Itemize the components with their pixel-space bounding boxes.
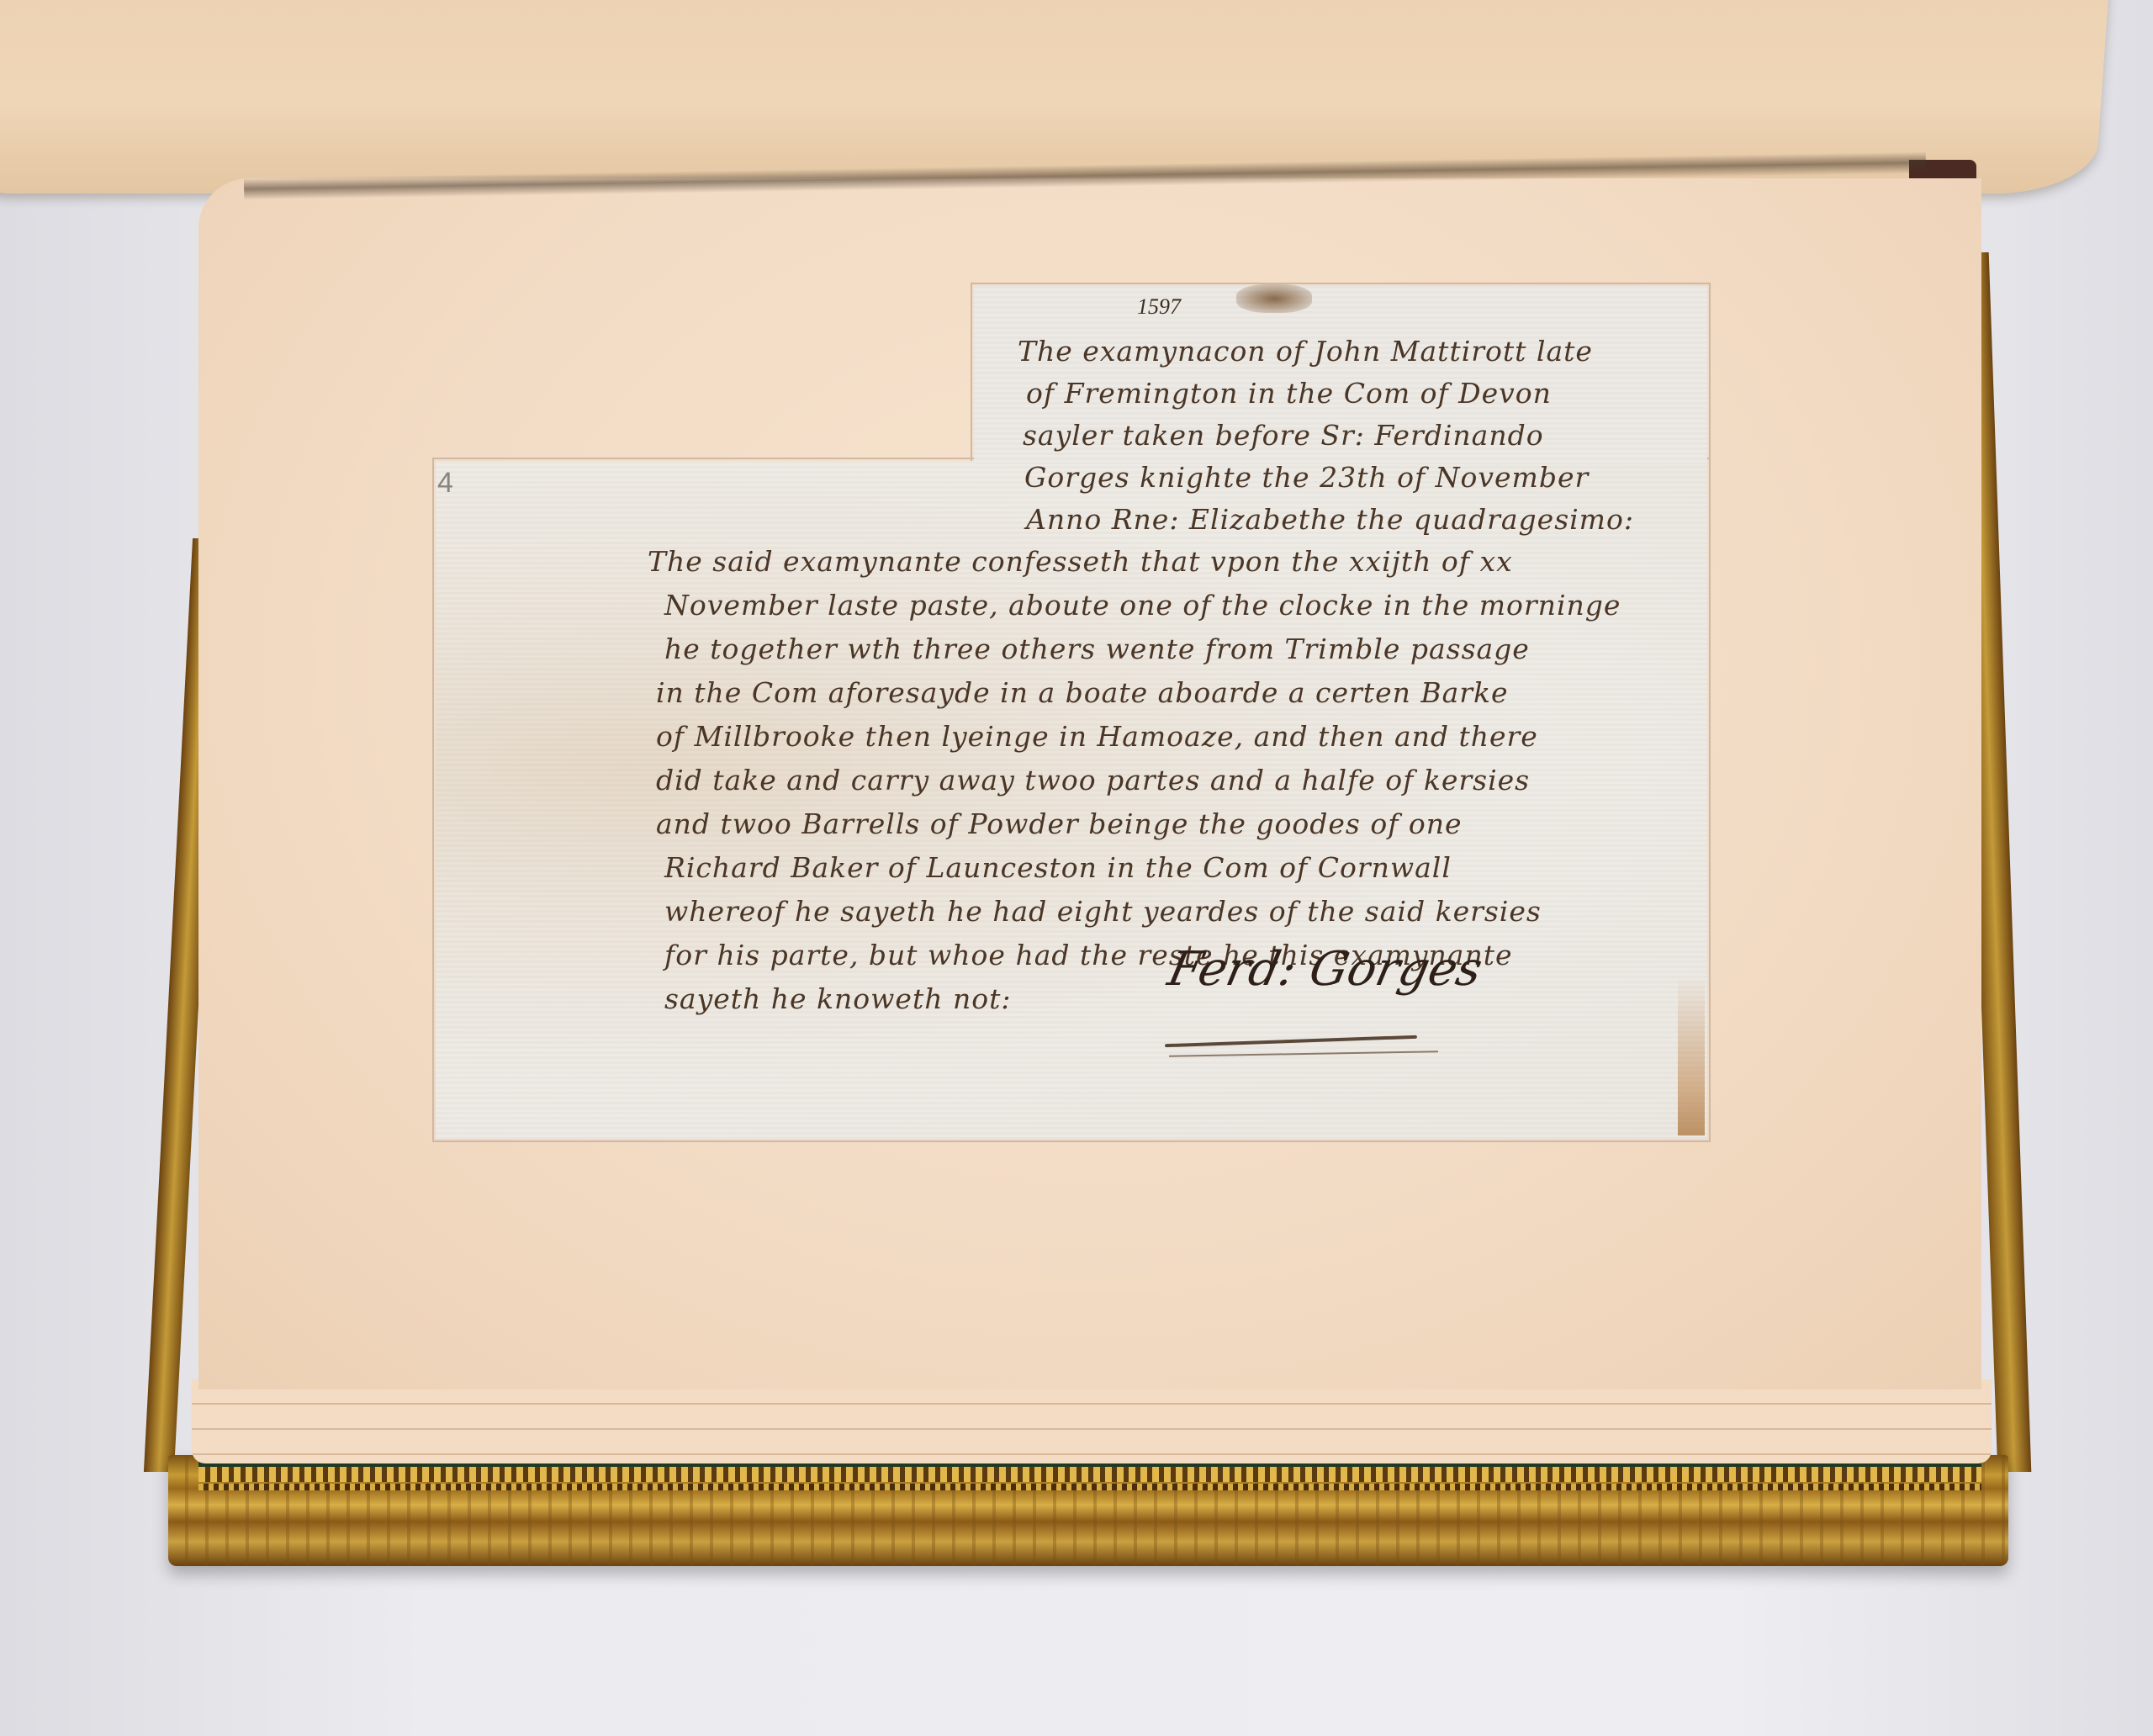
heading-line: The examynacon of John Mattirott late: [1018, 335, 1593, 368]
body-line: November laste paste, aboute one of the …: [664, 589, 1621, 622]
gilt-dot-border: [198, 1484, 1981, 1490]
page-stack-edges: [192, 1379, 1992, 1463]
heading-line: sayler taken before Sr: Ferdinando: [1023, 419, 1544, 452]
gilt-triangle-border: [198, 1467, 1981, 1482]
body-line: in the Com aforesayde in a boate aboarde…: [656, 676, 1509, 709]
body-line: and twoo Barrells of Powder beinge the g…: [656, 807, 1463, 840]
body-line: of Millbrooke then lyeinge in Hamoaze, a…: [656, 720, 1538, 753]
heading-line: Gorges knighte the 23th of November: [1024, 461, 1589, 494]
body-line: he together wth three others wente from …: [664, 632, 1530, 665]
ink-stain: [1236, 284, 1312, 313]
pencil-mark: 4: [437, 467, 453, 500]
body-line: Richard Baker of Launceston in the Com o…: [664, 851, 1452, 884]
year-annotation: 1597: [1137, 294, 1181, 320]
foxing-stain: [1678, 976, 1705, 1135]
body-line: sayeth he knoweth not:: [664, 982, 1011, 1015]
signature: Ferd: Gorges: [1163, 942, 1487, 997]
body-line: The said examynante confesseth that vpon…: [648, 545, 1513, 578]
body-line: did take and carry away twoo partes and …: [656, 764, 1530, 797]
heading-line: Anno Rne: Elizabethe the quadragesimo:: [1026, 503, 1634, 536]
heading-line: of Fremington in the Com of Devon: [1026, 377, 1552, 410]
body-line: whereof he sayeth he had eight yeardes o…: [664, 895, 1542, 928]
